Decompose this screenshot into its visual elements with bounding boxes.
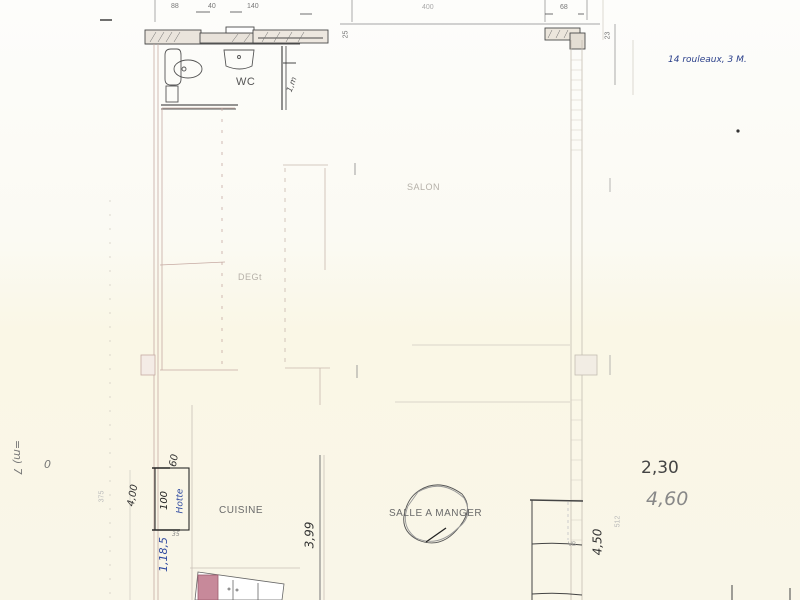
mark-375: 375: [98, 491, 105, 503]
room-label-cuisine: CUISINE: [219, 505, 263, 516]
note-4-60: 4,60: [646, 488, 688, 510]
outer-dimension-lines: [110, 0, 633, 600]
dim-88: 88: [171, 3, 179, 10]
bottom-right-marks: [732, 585, 790, 600]
room-label-degt: DEGt: [238, 272, 262, 282]
note-2-30: 2,30: [641, 458, 679, 478]
note-left: =m) 7: [11, 440, 24, 475]
label-hotte: Hotte: [175, 489, 185, 514]
central-door-frames: [283, 163, 357, 405]
top-wall: [145, 27, 585, 49]
dim-25: 25: [342, 31, 349, 39]
dim-23: 23: [604, 32, 611, 40]
dim-68: 68: [560, 4, 568, 11]
dot-mark: [736, 129, 739, 132]
right-wall-ticks: [571, 60, 582, 540]
dim-below-cabinet: 1,18,5: [157, 537, 170, 572]
dim-140: 140: [247, 3, 259, 10]
dim-below-cabinet-small: 35: [172, 531, 180, 538]
note-rouleaux: 14 rouleaux, 3 M.: [668, 55, 747, 65]
dim-400: 400: [422, 4, 434, 11]
dim-cabinet-height: 100: [159, 491, 170, 510]
dim-cabinet-width: 60: [168, 453, 181, 467]
dim-salle: 4,50: [590, 529, 604, 556]
dim-cuisine-right: 3,99: [302, 522, 316, 549]
kitchen-unit: [195, 572, 284, 600]
cuisine-walls: [190, 405, 324, 600]
wc-fixtures: [161, 46, 296, 110]
dim-512: 512: [614, 516, 621, 528]
right-wall: [571, 40, 597, 600]
room-label-salon: SALON: [407, 182, 440, 192]
dim-40: 40: [208, 3, 216, 10]
room-label-wc: WC: [236, 76, 255, 88]
storage-sketch: [530, 500, 583, 600]
note-left-2: 0: [44, 458, 51, 471]
label-vb: VB: [568, 542, 576, 548]
room-label-salle-a-manger: SALLE A MANGER: [389, 508, 482, 519]
